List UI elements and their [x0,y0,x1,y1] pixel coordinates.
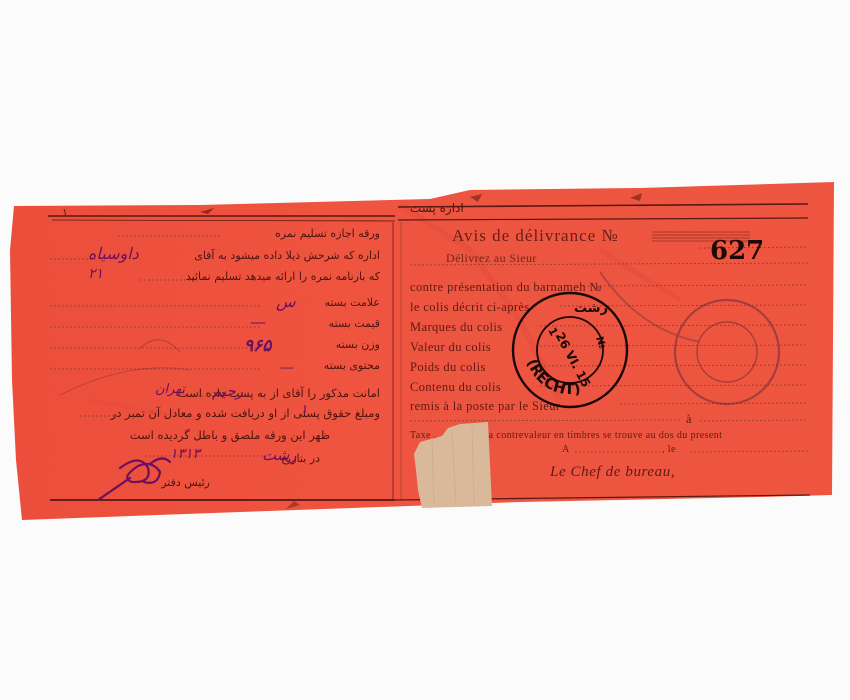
postmark-number-label: № [593,335,607,350]
header-serial-marker: ۱ [62,206,68,219]
fa-line-barnameh: که بارنامه نمره را ارائه میدهد تسلیم نما… [186,270,380,283]
hw-fee: ۱ [300,402,308,418]
label-marques: Marques du colis [410,320,503,335]
fa-line-weight: وزن بسته [336,338,380,351]
fa-line-sender: امانت مذکور را آقای از به پست داده است [178,386,380,400]
hw-from-city: تهران [155,382,185,397]
fa-line-contents: محتوی بسته [324,359,380,372]
hw-place: رشت [262,446,297,464]
signature-label: Le Chef de bureau, [550,464,675,481]
postmark-persian-city: رشت [574,301,608,316]
fa-line-mark: علامت بسته [325,296,380,309]
fa-line-permit: ورقه اجازه تسلیم نمره [275,227,380,240]
hw-value: — [250,312,266,331]
paper-tape-remnant [412,420,498,510]
label-a: à [686,412,692,427]
postmark-recht: (RECHT) 26 VI. 15 № 1 رشت [508,288,632,412]
hw-weight: ۹۶۵ [244,336,271,356]
header-persian-title: اداره پست [410,201,464,215]
label-contenu: Contenu du colis [410,380,501,395]
fa-line-stamp-note: ظهر این ورقه ملصق و باطل گردیده است [130,428,330,442]
fa-line-fee: ومبلغ حقوق پستی از او دریافت شده و معادل… [111,406,380,420]
fa-line-recipient: اداره که شرحش ذیلا داده میشود به آقای [194,249,380,262]
form-number: 627 [710,236,764,266]
hw-sender: رحیم [212,382,243,400]
hw-barnameh-no: ۲۱ [88,266,103,282]
label-valeur: Valeur du colis [410,340,491,355]
label-place: A [562,444,570,455]
form-title: Avis de délivrance № [452,226,619,246]
parcel-delivery-notice: اداره پست ۱ Avis de délivrance № 627 Dél… [0,0,850,700]
label-poids: Poids du colis [410,360,486,375]
label-date: , le [662,444,676,455]
handwritten-signature [90,448,200,508]
hw-recipient: داوسیاه [88,244,139,263]
fa-line-value: قیمت بسته [329,317,380,330]
hw-mark: س [276,292,296,311]
label-delivrez: Délivrez au Sieur [446,251,537,266]
hw-contents: — [280,360,294,376]
